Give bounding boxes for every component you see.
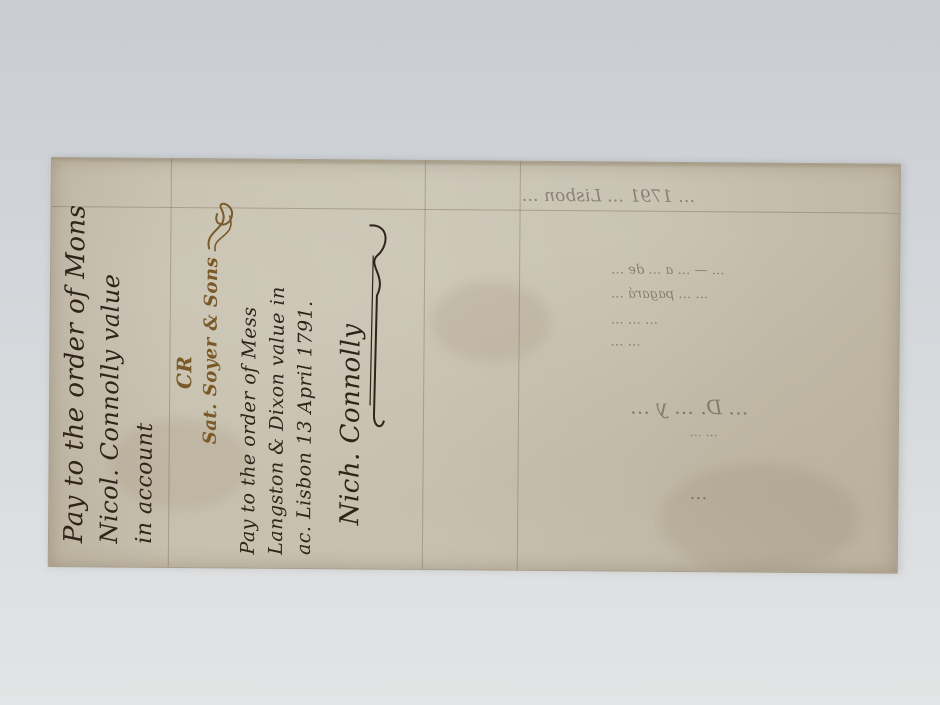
photo-scene: … 1791 … Lisbon … … — … a … de … … … pag… bbox=[0, 0, 940, 705]
paper-stain bbox=[430, 281, 551, 362]
endorsement-1-line-3: in account bbox=[132, 422, 158, 544]
show-through-line: … — … a … de … bbox=[611, 262, 725, 278]
endorsement-1-line-1: Pay to the order of Mons bbox=[59, 204, 92, 543]
stamp-initials: CR bbox=[172, 355, 196, 389]
document-paper: … 1791 … Lisbon … … — … a … de … … … pag… bbox=[48, 157, 901, 574]
show-through-mark: … bbox=[689, 483, 707, 504]
show-through-line: … … … bbox=[611, 312, 658, 327]
signature-paraph-icon bbox=[362, 215, 394, 435]
paper-top-edge bbox=[52, 158, 900, 169]
paper-stain bbox=[109, 418, 250, 509]
show-through-line: … … bbox=[611, 334, 641, 349]
stamp-signature: Sat. Soyer & Sons bbox=[200, 257, 222, 445]
show-through-signature: … D. … y … bbox=[630, 395, 749, 420]
flourish-icon bbox=[201, 199, 241, 259]
show-through-line: … … pagará … bbox=[611, 286, 709, 302]
endorsement-2-line-1: Pay to the order of Mess bbox=[237, 306, 261, 554]
fold-line-vertical bbox=[517, 162, 521, 570]
fold-line-vertical bbox=[422, 161, 426, 569]
endorsement-2-line-3: ac. Lisbon 13 April 1791. bbox=[293, 300, 317, 555]
show-through-signature: … … bbox=[690, 425, 718, 439]
endorsement-2-line-2: Langston & Dixon value in bbox=[265, 286, 289, 555]
endorsement-1-line-2: Nicol. Connolly value bbox=[95, 273, 125, 543]
paper-stain bbox=[659, 463, 860, 574]
fold-line-horizontal bbox=[52, 206, 900, 214]
show-through-header: … 1791 … Lisbon … bbox=[522, 186, 696, 207]
